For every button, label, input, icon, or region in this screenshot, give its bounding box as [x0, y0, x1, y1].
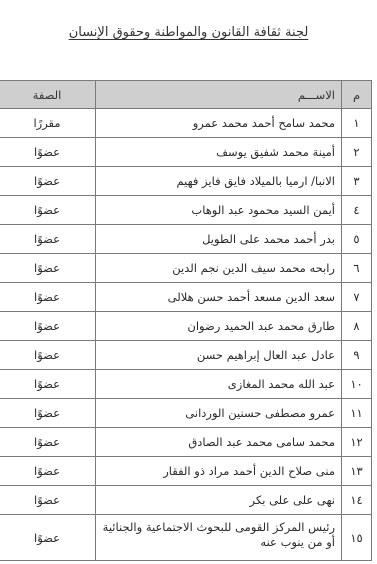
- row-name: طارق محمد عبد الحميد رضوان: [96, 312, 342, 341]
- table-row: ١٥ رئيس المركز القومى للبحوث الاجتماعية …: [0, 515, 372, 561]
- table-row: ٢ أمينة محمد شفيق يوسف عضوًا: [0, 138, 372, 167]
- row-number: ٤: [342, 196, 372, 225]
- header-name: الاســـم: [96, 81, 342, 109]
- row-number: ١٥: [342, 515, 372, 561]
- row-number: ٨: [342, 312, 372, 341]
- table-row: ٧ سعد الدين مسعد أحمد حسن هلالى عضوًا: [0, 283, 372, 312]
- table-row: ١٢ محمد سامى محمد عبد الصادق عضوًا: [0, 428, 372, 457]
- row-role: عضوًا: [0, 457, 96, 486]
- row-name: سعد الدين مسعد أحمد حسن هلالى: [96, 283, 342, 312]
- row-name: أيمن السيد محمود عبد الوهاب: [96, 196, 342, 225]
- row-role: عضوًا: [0, 341, 96, 370]
- row-role: عضوًا: [0, 370, 96, 399]
- row-role: عضوًا: [0, 428, 96, 457]
- table-row: ١٠ عبد الله محمد المغازى عضوًا: [0, 370, 372, 399]
- table-row: ١٣ منى صلاح الدين أحمد مراد ذو الفقار عض…: [0, 457, 372, 486]
- table-row: ١ محمد سامح أحمد محمد عمرو مقررًا: [0, 109, 372, 138]
- table-row: ٣ الانبا/ ارميا بالميلاد فايق فايز فهيم …: [0, 167, 372, 196]
- table-row: ١١ عمرو مصطفى حسنين الوردانى عضوًا: [0, 399, 372, 428]
- table-row: ٨ طارق محمد عبد الحميد رضوان عضوًا: [0, 312, 372, 341]
- row-name: الانبا/ ارميا بالميلاد فايق فايز فهيم: [96, 167, 342, 196]
- row-number: ٥: [342, 225, 372, 254]
- row-name: رئيس المركز القومى للبحوث الاجتماعية وال…: [96, 515, 342, 561]
- row-name: بدر أحمد محمد على الطويل: [96, 225, 342, 254]
- document-title: لجنة ثقافة القانون والمواطنة وحقوق الإنس…: [0, 25, 377, 40]
- row-role: عضوًا: [0, 515, 96, 561]
- row-number: ١٢: [342, 428, 372, 457]
- row-name: محمد سامح أحمد محمد عمرو: [96, 109, 342, 138]
- row-number: ١٣: [342, 457, 372, 486]
- committee-members-table: م الاســـم الصفة ١ محمد سامح أحمد محمد ع…: [0, 80, 372, 561]
- row-name: محمد سامى محمد عبد الصادق: [96, 428, 342, 457]
- row-name: عمرو مصطفى حسنين الوردانى: [96, 399, 342, 428]
- row-role: عضوًا: [0, 486, 96, 515]
- row-role: عضوًا: [0, 225, 96, 254]
- table-row: ٤ أيمن السيد محمود عبد الوهاب عضوًا: [0, 196, 372, 225]
- row-number: ٢: [342, 138, 372, 167]
- table-header-row: م الاســـم الصفة: [0, 81, 372, 109]
- table-row: ٥ بدر أحمد محمد على الطويل عضوًا: [0, 225, 372, 254]
- header-number: م: [342, 81, 372, 109]
- header-role: الصفة: [0, 81, 96, 109]
- row-role: مقررًا: [0, 109, 96, 138]
- row-name: نهى على على بكر: [96, 486, 342, 515]
- row-name: عادل عبد العال إبراهيم حسن: [96, 341, 342, 370]
- row-number: ١: [342, 109, 372, 138]
- row-name: رابحه محمد سيف الدين نجم الدين: [96, 254, 342, 283]
- row-role: عضوًا: [0, 167, 96, 196]
- row-number: ٦: [342, 254, 372, 283]
- row-role: عضوًا: [0, 196, 96, 225]
- row-number: ٩: [342, 341, 372, 370]
- row-role: عضوًا: [0, 138, 96, 167]
- table-row: ٩ عادل عبد العال إبراهيم حسن عضوًا: [0, 341, 372, 370]
- row-number: ٣: [342, 167, 372, 196]
- row-name: أمينة محمد شفيق يوسف: [96, 138, 342, 167]
- table-row: ١٤ نهى على على بكر عضوًا: [0, 486, 372, 515]
- row-role: عضوًا: [0, 283, 96, 312]
- row-name: عبد الله محمد المغازى: [96, 370, 342, 399]
- row-name: منى صلاح الدين أحمد مراد ذو الفقار: [96, 457, 342, 486]
- row-number: ٧: [342, 283, 372, 312]
- row-number: ١١: [342, 399, 372, 428]
- table-row: ٦ رابحه محمد سيف الدين نجم الدين عضوًا: [0, 254, 372, 283]
- row-number: ١٠: [342, 370, 372, 399]
- row-role: عضوًا: [0, 399, 96, 428]
- row-role: عضوًا: [0, 254, 96, 283]
- row-role: عضوًا: [0, 312, 96, 341]
- row-number: ١٤: [342, 486, 372, 515]
